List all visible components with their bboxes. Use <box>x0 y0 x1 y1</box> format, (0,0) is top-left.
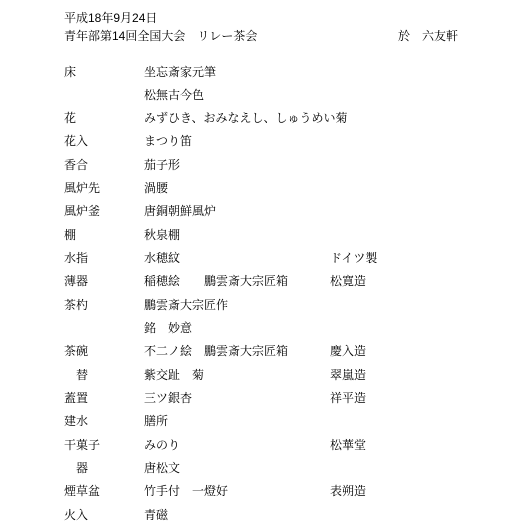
item-row: 風炉釜 唐銅朝鮮風炉 <box>0 204 506 227</box>
item-value: 茄子形 <box>144 158 180 172</box>
item-value: 紫交趾 菊 <box>144 368 204 382</box>
item-value: 唐松文 <box>144 461 180 475</box>
item-row: 香合 茄子形 <box>0 158 506 181</box>
item-row: 水指 水穂紋 ドイツ製 <box>0 251 506 274</box>
item-label: 建水 <box>64 414 88 428</box>
item-note: ドイツ製 <box>330 251 377 265</box>
item-value: まつり笛 <box>144 134 192 148</box>
item-value: 竹手付 一燈好 <box>144 484 228 498</box>
item-row: 床 坐忘斎家元筆 <box>0 65 506 88</box>
item-note: 表朔造 <box>330 484 366 498</box>
document-page: 平成18年9月24日 青年部第14回全国大会 リレー茶会 於 六友軒 床 坐忘斎… <box>0 0 506 531</box>
item-label: 花入 <box>64 134 88 148</box>
item-value: 不二ノ絵 鵬雲斎大宗匠箱 <box>144 344 288 358</box>
item-label: 香合 <box>64 158 88 172</box>
item-note: 祥平造 <box>330 391 366 405</box>
item-label: 茶杓 <box>64 298 88 312</box>
item-value: 膳所 <box>144 414 168 428</box>
item-row: 煙草盆 竹手付 一燈好 表朔造 <box>0 484 506 507</box>
item-row: 火入 青磁 <box>0 508 506 531</box>
item-label: 替 <box>64 368 88 382</box>
item-label: 干菓子 <box>64 438 100 452</box>
item-value: 三ツ銀杏 <box>144 391 192 405</box>
item-value: みのり <box>144 438 180 452</box>
item-row: 花入 まつり笛 <box>0 134 506 157</box>
item-label: 煙草盆 <box>64 484 100 498</box>
item-value: 稲穂絵 鵬雲斎大宗匠箱 <box>144 274 288 288</box>
item-value: 松無古今色 <box>144 88 204 102</box>
item-row: 茶杓 鵬雲斎大宗匠作 <box>0 298 506 321</box>
document-venue: 於 六友軒 <box>398 29 458 43</box>
item-value: 坐忘斎家元筆 <box>144 65 216 79</box>
item-row: 花 みずひき、おみなえし、しゅうめい菊 <box>0 111 506 134</box>
item-value: 渦腰 <box>144 181 168 195</box>
item-value: 鵬雲斎大宗匠作 <box>144 298 228 312</box>
item-note: 翠嵐造 <box>330 368 366 382</box>
item-row: 茶碗 不二ノ絵 鵬雲斎大宗匠箱 慶入造 <box>0 344 506 367</box>
header-date-line: 平成18年9月24日 <box>0 11 506 27</box>
item-label: 床 <box>64 65 76 79</box>
item-row: 薄器 稲穂絵 鵬雲斎大宗匠箱 松寛造 <box>0 274 506 297</box>
item-label: 蓋置 <box>64 391 88 405</box>
item-label: 茶碗 <box>64 344 88 358</box>
item-note: 松寛造 <box>330 274 366 288</box>
item-row: 蓋置 三ツ銀杏 祥平造 <box>0 391 506 414</box>
item-value: 水穂紋 <box>144 251 180 265</box>
item-value: 銘 妙意 <box>144 321 192 335</box>
item-value: 青磁 <box>144 508 168 522</box>
item-label: 風炉釜 <box>64 204 100 218</box>
item-row: 松無古今色 <box>0 88 506 111</box>
item-row: 替 紫交趾 菊 翠嵐造 <box>0 368 506 391</box>
item-row: 銘 妙意 <box>0 321 506 344</box>
item-row: 器 唐松文 <box>0 461 506 484</box>
item-value: 秋泉棚 <box>144 228 180 242</box>
item-row: 建水 膳所 <box>0 414 506 437</box>
header-title-line: 青年部第14回全国大会 リレー茶会 於 六友軒 <box>0 29 506 45</box>
item-note: 慶入造 <box>330 344 366 358</box>
item-label: 薄器 <box>64 274 88 288</box>
item-label: 風炉先 <box>64 181 100 195</box>
item-row: 棚 秋泉棚 <box>0 228 506 251</box>
document-title: 青年部第14回全国大会 リレー茶会 <box>64 29 257 43</box>
item-value: みずひき、おみなえし、しゅうめい菊 <box>144 111 348 125</box>
item-row: 干菓子 みのり 松華堂 <box>0 438 506 461</box>
item-note: 松華堂 <box>330 438 366 452</box>
document-date: 平成18年9月24日 <box>64 11 157 25</box>
item-label: 器 <box>64 461 88 475</box>
item-label: 花 <box>64 111 76 125</box>
item-value: 唐銅朝鮮風炉 <box>144 204 216 218</box>
item-label: 火入 <box>64 508 88 522</box>
item-row: 風炉先 渦腰 <box>0 181 506 204</box>
item-label: 水指 <box>64 251 88 265</box>
item-label: 棚 <box>64 228 76 242</box>
